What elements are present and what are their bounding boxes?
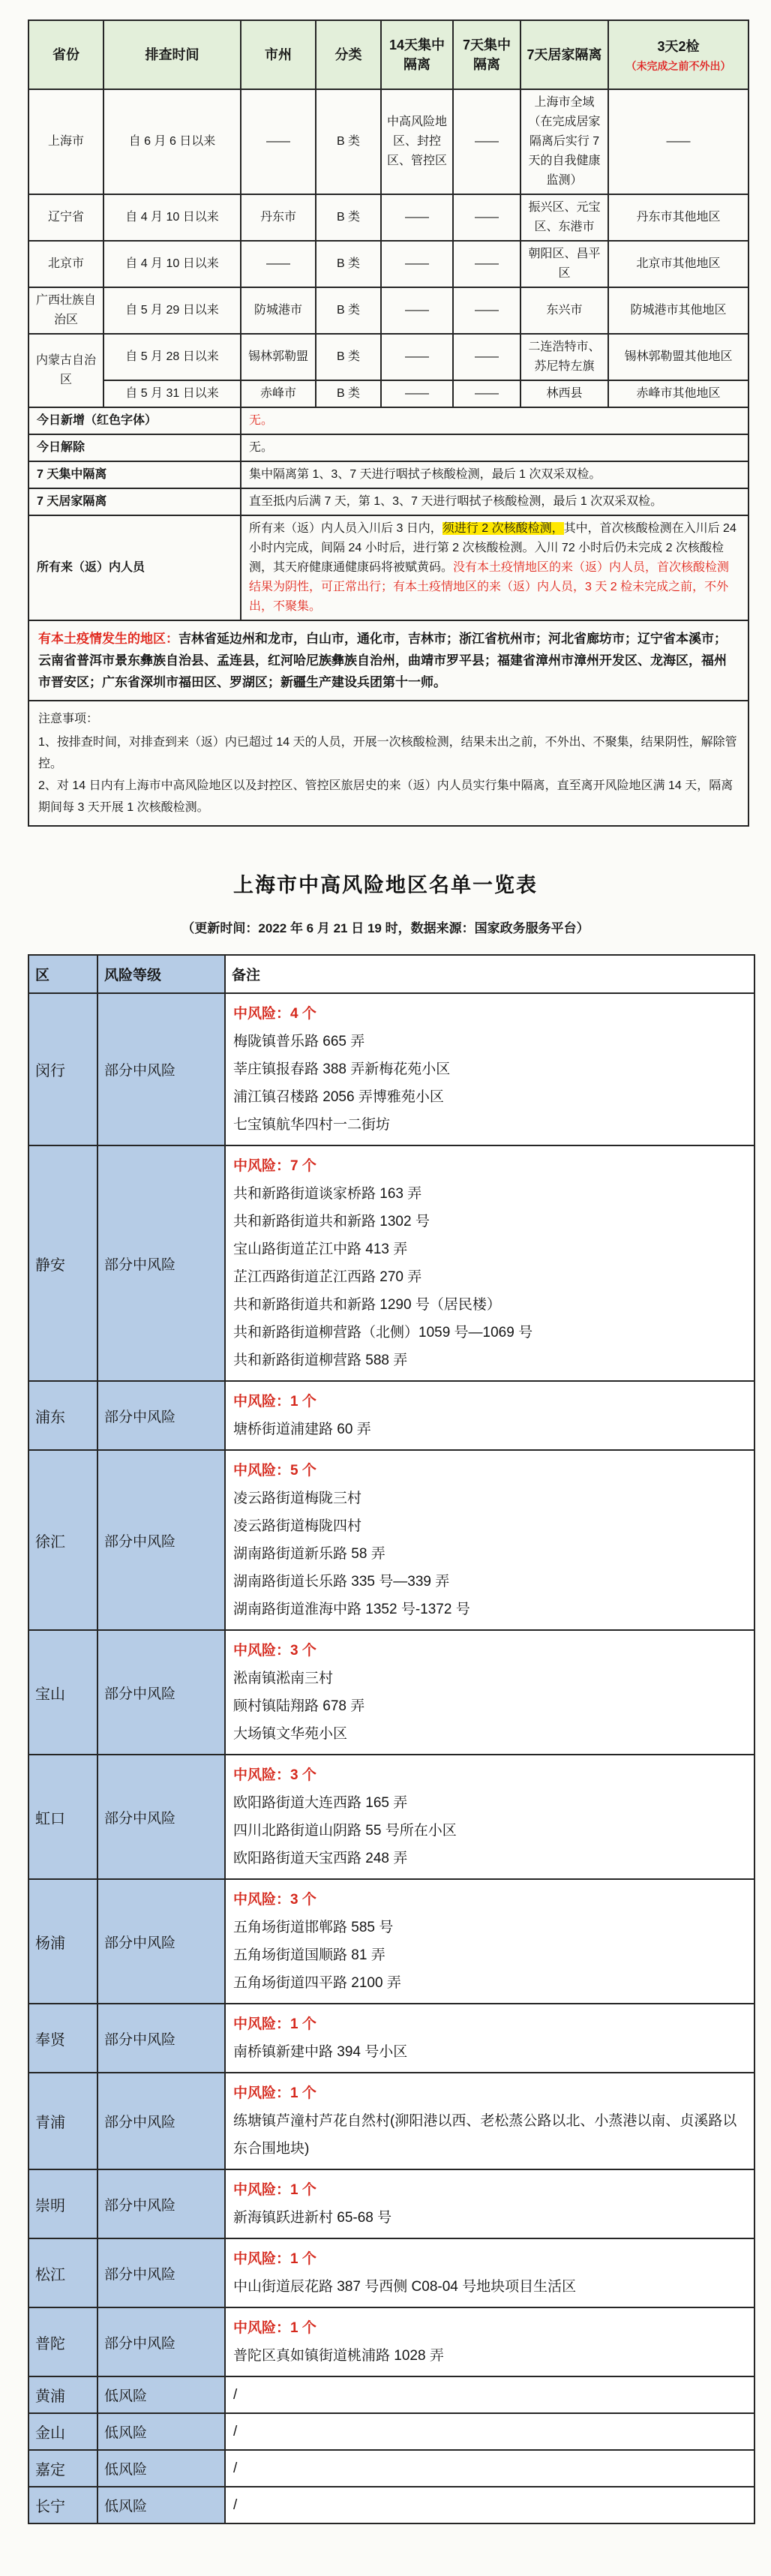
risk-table-row: 闵行部分中风险中风险：4 个梅陇镇普乐路 665 弄莘庄镇报春路 388 弄新梅…	[28, 993, 754, 1145]
policy-value: 无。	[241, 407, 748, 434]
risk-area-item: 新海镇跃进新村 65-68 号	[233, 2204, 748, 2232]
risk-level: 部分中风险	[97, 2307, 225, 2376]
risk-area-item: 宝山路街道芷江中路 413 弄	[233, 1235, 748, 1263]
check-time-cell: 自 6 月 6 日以来	[103, 89, 241, 194]
risk-area-item: 南桥镇新建中路 394 号小区	[233, 2038, 748, 2066]
h7-cell: 朝阳区、昌平区	[520, 241, 608, 287]
district-name: 宝山	[28, 1630, 97, 1755]
remark-cell: 中风险：1 个普陀区真如镇街道桃浦路 1028 弄	[225, 2307, 754, 2376]
risk-area-item: 湖南路街道淮海中路 1352 号-1372 号	[233, 1596, 748, 1623]
risk-area-item: 四川北路街道山阴路 55 号所在小区	[233, 1817, 748, 1845]
col-header-3d2t-title: 3天2检	[657, 39, 699, 54]
province-row: 辽宁省 自 4 月 10 日以来 丹东市 B 类 —— —— 振兴区、元宝区、东…	[28, 194, 748, 241]
risk-table-row: 松江部分中风险中风险：1 个中山街道辰花路 387 号西侧 C08-04 号地块…	[28, 2238, 754, 2307]
check-time-cell: 自 5 月 31 日以来	[103, 380, 241, 407]
c7-cell: ——	[453, 287, 520, 334]
c14-cell: ——	[381, 334, 453, 380]
province-row: 北京市 自 4 月 10 日以来 —— B 类 —— —— 朝阳区、昌平区 北京…	[28, 241, 748, 287]
district-name: 松江	[28, 2238, 97, 2307]
header-row: 省份 排查时间 市州 分类 14天集中隔离 7天集中隔离 7天居家隔离 3天2检…	[28, 20, 748, 89]
risk-area-item: 七宝镇航华四村一二街坊	[233, 1111, 748, 1139]
c14-cell: ——	[381, 194, 453, 241]
risk-table-row: 宝山部分中风险中风险：3 个淞南镇淞南三村顾村镇陆翔路 678 弄大场镇文华苑小…	[28, 1630, 754, 1755]
check-time-cell: 自 4 月 10 日以来	[103, 241, 241, 287]
col-header-3d2t-note: （未完成之前不外出）	[613, 59, 743, 74]
risk-count-label: 中风险：4 个	[233, 1000, 748, 1028]
arrivals-label: 所有来（返）内人员	[28, 515, 241, 620]
city-cell: 防城港市	[241, 287, 316, 334]
check-time-cell: 自 5 月 29 日以来	[103, 287, 241, 334]
t3d2-cell: 赤峰市其他地区	[608, 380, 748, 407]
risk-count-label: 中风险：1 个	[233, 2176, 748, 2204]
risk-area-item: 淞南镇淞南三村	[233, 1665, 748, 1692]
risk-table-row: 徐汇部分中风险中风险：5 个凌云路街道梅陇三村凌云路街道梅陇四村湖南路街道新乐路…	[28, 1450, 754, 1630]
risk-area-item: 共和新路街道柳营路（北侧）1059 号—1069 号	[233, 1319, 748, 1347]
check-time-cell: 自 5 月 28 日以来	[103, 334, 241, 380]
policy-row: 今日解除 无。	[28, 434, 748, 461]
notes-heading: 注意事项：	[38, 708, 739, 730]
t3d2-cell: 丹东市其他地区	[608, 194, 748, 241]
risk-level: 低风险	[97, 2413, 225, 2450]
risk-list-subtitle: （更新时间：2022 年 6 月 21 日 19 时，数据来源：国家政务服务平台…	[0, 917, 771, 936]
remark-cell: 中风险：1 个中山街道辰花路 387 号西侧 C08-04 号地块项目生活区	[225, 2238, 754, 2307]
risk-area-item: 普陀区真如镇街道桃浦路 1028 弄	[233, 2342, 748, 2370]
notes-cell: 注意事项： 1、按排查时间，对排查到来（返）内已超过 14 天的人员，开展一次核…	[28, 701, 748, 826]
c14-cell: ——	[381, 287, 453, 334]
category-cell: B 类	[316, 89, 381, 194]
district-name: 徐汇	[28, 1450, 97, 1630]
risk-count-label: 中风险：3 个	[233, 1637, 748, 1665]
t3d2-cell: 防城港市其他地区	[608, 287, 748, 334]
district-name: 浦东	[28, 1381, 97, 1450]
h7-cell: 振兴区、元宝区、东港市	[520, 194, 608, 241]
risk-table-row: 黄浦低风险/	[28, 2376, 754, 2413]
risk-area-item: 浦江镇召楼路 2056 弄博雅苑小区	[233, 1083, 748, 1111]
risk-area-item: 练塘镇芦潼村芦花自然村(泖阳港以西、老松蒸公路以北、小蒸港以南、贞溪路以东合围地…	[233, 2107, 748, 2163]
remark-cell: 中风险：4 个梅陇镇普乐路 665 弄莘庄镇报春路 388 弄新梅花苑小区浦江镇…	[225, 993, 754, 1145]
risk-area-item: 湖南路街道新乐路 58 弄	[233, 1540, 748, 1568]
district-name: 普陀	[28, 2307, 97, 2376]
t3d2-cell: ——	[608, 89, 748, 194]
risk-area-item: 莘庄镇报春路 388 弄新梅花苑小区	[233, 1055, 748, 1083]
risk-count-label: 中风险：1 个	[233, 2314, 748, 2342]
remark-cell: 中风险：5 个凌云路街道梅陇三村凌云路街道梅陇四村湖南路街道新乐路 58 弄湖南…	[225, 1450, 754, 1630]
city-cell: 赤峰市	[241, 380, 316, 407]
risk-area-item: 共和新路街道谈家桥路 163 弄	[233, 1180, 748, 1208]
remark-cell: 中风险：3 个欧阳路街道大连西路 165 弄四川北路街道山阴路 55 号所在小区…	[225, 1755, 754, 1879]
c14-cell: 中高风险地区、封控区、管控区	[381, 89, 453, 194]
c7-cell: ——	[453, 334, 520, 380]
col-header-remark: 备注	[225, 955, 754, 993]
note-item: 1、按排查时间，对排查到来（返）内已超过 14 天的人员，开展一次核酸检测，结果…	[38, 731, 739, 775]
risk-level: 部分中风险	[97, 1755, 225, 1879]
remark-cell: 中风险：3 个淞南镇淞南三村顾村镇陆翔路 678 弄大场镇文华苑小区	[225, 1630, 754, 1755]
risk-area-item: 共和新路街道共和新路 1302 号	[233, 1208, 748, 1235]
risk-count-label: 中风险：3 个	[233, 1761, 748, 1789]
risk-level: 部分中风险	[97, 2238, 225, 2307]
col-header-14d: 14天集中隔离	[381, 20, 453, 89]
risk-area-item: 芷江西路街道芷江西路 270 弄	[233, 1263, 748, 1291]
risk-area-item: /	[233, 2491, 748, 2519]
h7-cell: 上海市全域（在完成居家隔离后实行 7 天的自我健康监测）	[520, 89, 608, 194]
arrivals-row: 所有来（返）内人员 所有来（返）内人员入川后 3 日内，须进行 2 次核酸检测，…	[28, 515, 748, 620]
risk-area-item: 五角场街道国顺路 81 弄	[233, 1941, 748, 1969]
remark-cell: /	[225, 2413, 754, 2450]
t3d2-cell: 北京市其他地区	[608, 241, 748, 287]
policy-row: 7 天居家隔离 直至抵内后满 7 天，第 1、3、7 天进行咽拭子核酸检测，最后…	[28, 488, 748, 515]
remark-cell: /	[225, 2376, 754, 2413]
district-name: 奉贤	[28, 2004, 97, 2073]
district-name: 青浦	[28, 2073, 97, 2169]
c7-cell: ——	[453, 241, 520, 287]
risk-level: 部分中风险	[97, 993, 225, 1145]
risk-level: 低风险	[97, 2487, 225, 2523]
province-row: 自 5 月 31 日以来 赤峰市 B 类 —— —— 林西县 赤峰市其他地区	[28, 380, 748, 407]
col-header-7d-central: 7天集中隔离	[453, 20, 520, 89]
risk-table-row: 奉贤部分中风险中风险：1 个南桥镇新建中路 394 号小区	[28, 2004, 754, 2073]
risk-area-item: 中山街道辰花路 387 号西侧 C08-04 号地块项目生活区	[233, 2273, 748, 2301]
district-name: 嘉定	[28, 2450, 97, 2487]
category-cell: B 类	[316, 334, 381, 380]
remark-cell: 中风险：1 个练塘镇芦潼村芦花自然村(泖阳港以西、老松蒸公路以北、小蒸港以南、贞…	[225, 2073, 754, 2169]
city-cell: 锡林郭勒盟	[241, 334, 316, 380]
c7-cell: ——	[453, 194, 520, 241]
risk-area-item: 凌云路街道梅陇四村	[233, 1512, 748, 1540]
province-row: 广西壮族自治区 自 5 月 29 日以来 防城港市 B 类 —— —— 东兴市 …	[28, 287, 748, 334]
city-cell: ——	[241, 241, 316, 287]
province-row: 内蒙古自治区 自 5 月 28 日以来 锡林郭勒盟 B 类 —— —— 二连浩特…	[28, 334, 748, 380]
h7-cell: 林西县	[520, 380, 608, 407]
district-name: 金山	[28, 2413, 97, 2450]
category-cell: B 类	[316, 194, 381, 241]
risk-area-item: 湖南路街道长乐路 335 号—339 弄	[233, 1568, 748, 1596]
risk-area-item: 五角场街道四平路 2100 弄	[233, 1969, 748, 1997]
notes-row: 注意事项： 1、按排查时间，对排查到来（返）内已超过 14 天的人员，开展一次核…	[28, 701, 748, 826]
remark-cell: 中风险：7 个共和新路街道谈家桥路 163 弄共和新路街道共和新路 1302 号…	[225, 1145, 754, 1381]
col-header-check-time: 排查时间	[103, 20, 241, 89]
district-name: 静安	[28, 1145, 97, 1381]
province-cell: 辽宁省	[28, 194, 103, 241]
risk-table-row: 长宁低风险/	[28, 2487, 754, 2523]
risk-area-item: 五角场街道邯郸路 585 号	[233, 1914, 748, 1941]
risk-level: 部分中风险	[97, 1381, 225, 1450]
risk-count-label: 中风险：7 个	[233, 1152, 748, 1180]
province-cell: 广西壮族自治区	[28, 287, 103, 334]
col-header-risk-level: 风险等级	[97, 955, 225, 993]
col-header-category: 分类	[316, 20, 381, 89]
risk-level: 部分中风险	[97, 1630, 225, 1755]
remark-cell: 中风险：1 个新海镇跃进新村 65-68 号	[225, 2169, 754, 2238]
remark-cell: /	[225, 2450, 754, 2487]
outbreak-areas-cell: 有本土疫情发生的地区：吉林省延边州和龙市，白山市，通化市，吉林市；浙江省杭州市；…	[28, 620, 748, 701]
risk-area-item: 欧阳路街道大连西路 165 弄	[233, 1789, 748, 1817]
risk-table-body: 闵行部分中风险中风险：4 个梅陇镇普乐路 665 弄莘庄镇报春路 388 弄新梅…	[28, 993, 754, 2523]
risk-table-row: 杨浦部分中风险中风险：3 个五角场街道邯郸路 585 号五角场街道国顺路 81 …	[28, 1879, 754, 2004]
col-header-district: 区	[28, 955, 97, 993]
category-cell: B 类	[316, 287, 381, 334]
policy-label: 今日解除	[28, 434, 241, 461]
risk-header-row: 区 风险等级 备注	[28, 955, 754, 993]
category-cell: B 类	[316, 380, 381, 407]
note-item: 2、对 14 日内有上海市中高风险地区以及封控区、管控区旅居史的来（返）内人员实…	[38, 775, 739, 818]
province-row: 上海市 自 6 月 6 日以来 —— B 类 中高风险地区、封控区、管控区 ——…	[28, 89, 748, 194]
arrivals-value: 所有来（返）内人员入川后 3 日内，须进行 2 次核酸检测，其中，首次核酸检测在…	[241, 515, 748, 620]
risk-count-label: 中风险：1 个	[233, 2010, 748, 2038]
risk-level: 低风险	[97, 2376, 225, 2413]
policy-label: 7 天居家隔离	[28, 488, 241, 515]
remark-cell: 中风险：3 个五角场街道邯郸路 585 号五角场街道国顺路 81 弄五角场街道四…	[225, 1879, 754, 2004]
risk-level: 部分中风险	[97, 1145, 225, 1381]
risk-table-row: 普陀部分中风险中风险：1 个普陀区真如镇街道桃浦路 1028 弄	[28, 2307, 754, 2376]
risk-area-item: 梅陇镇普乐路 665 弄	[233, 1028, 748, 1055]
risk-level: 部分中风险	[97, 1450, 225, 1630]
risk-table-row: 青浦部分中风险中风险：1 个练塘镇芦潼村芦花自然村(泖阳港以西、老松蒸公路以北、…	[28, 2073, 754, 2169]
risk-level: 部分中风险	[97, 2073, 225, 2169]
risk-list-title: 上海市中高风险地区名单一览表	[0, 869, 771, 898]
district-name: 闵行	[28, 993, 97, 1145]
risk-area-item: 共和新路街道共和新路 1290 号（居民楼）	[233, 1291, 748, 1319]
t3d2-cell: 锡林郭勒盟其他地区	[608, 334, 748, 380]
district-name: 黄浦	[28, 2376, 97, 2413]
risk-count-label: 中风险：5 个	[233, 1457, 748, 1485]
policy-value: 集中隔离第 1、3、7 天进行咽拭子核酸检测，最后 1 次双采双检。	[241, 461, 748, 488]
arrivals-text: 所有来（返）内人员入川后 3 日内，	[249, 522, 442, 535]
policy-label: 7 天集中隔离	[28, 461, 241, 488]
district-name: 虹口	[28, 1755, 97, 1879]
c14-cell: ——	[381, 241, 453, 287]
remark-cell: 中风险：1 个南桥镇新建中路 394 号小区	[225, 2004, 754, 2073]
district-name: 崇明	[28, 2169, 97, 2238]
c7-cell: ——	[453, 380, 520, 407]
policy-row: 今日新增（红色字体） 无。	[28, 407, 748, 434]
risk-area-table: 区 风险等级 备注 闵行部分中风险中风险：4 个梅陇镇普乐路 665 弄莘庄镇报…	[28, 954, 755, 2524]
col-header-3d2t: 3天2检 （未完成之前不外出）	[608, 20, 748, 89]
risk-count-label: 中风险：1 个	[233, 2079, 748, 2107]
policy-value: 直至抵内后满 7 天，第 1、3、7 天进行咽拭子核酸检测，最后 1 次双采双检…	[241, 488, 748, 515]
risk-table-row: 金山低风险/	[28, 2413, 754, 2450]
risk-count-label: 中风险：3 个	[233, 1886, 748, 1914]
remark-cell: /	[225, 2487, 754, 2523]
policy-row: 7 天集中隔离 集中隔离第 1、3、7 天进行咽拭子核酸检测，最后 1 次双采双…	[28, 461, 748, 488]
check-time-cell: 自 4 月 10 日以来	[103, 194, 241, 241]
risk-table-row: 静安部分中风险中风险：7 个共和新路街道谈家桥路 163 弄共和新路街道共和新路…	[28, 1145, 754, 1381]
quarantine-policy-table: 省份 排查时间 市州 分类 14天集中隔离 7天集中隔离 7天居家隔离 3天2检…	[28, 20, 749, 827]
document-page: 省份 排查时间 市州 分类 14天集中隔离 7天集中隔离 7天居家隔离 3天2检…	[0, 0, 771, 2576]
risk-level: 部分中风险	[97, 2004, 225, 2073]
arrivals-highlighted-text: 须进行 2 次核酸检测，	[442, 522, 564, 535]
risk-table-row: 嘉定低风险/	[28, 2450, 754, 2487]
risk-table-row: 崇明部分中风险中风险：1 个新海镇跃进新村 65-68 号	[28, 2169, 754, 2238]
risk-area-item: /	[233, 2418, 748, 2445]
risk-count-label: 中风险：1 个	[233, 2245, 748, 2273]
risk-area-item: 顾村镇陆翔路 678 弄	[233, 1692, 748, 1720]
risk-area-item: 塘桥街道浦建路 60 弄	[233, 1416, 748, 1443]
risk-area-item: 大场镇文华苑小区	[233, 1720, 748, 1748]
h7-cell: 东兴市	[520, 287, 608, 334]
col-header-province: 省份	[28, 20, 103, 89]
city-cell: 丹东市	[241, 194, 316, 241]
risk-level: 部分中风险	[97, 1879, 225, 2004]
risk-count-label: 中风险：1 个	[233, 1388, 748, 1416]
province-cell: 上海市	[28, 89, 103, 194]
risk-area-item: /	[233, 2381, 748, 2409]
district-name: 杨浦	[28, 1879, 97, 2004]
risk-area-item: /	[233, 2454, 748, 2482]
district-name: 长宁	[28, 2487, 97, 2523]
risk-area-item: 凌云路街道梅陇三村	[233, 1485, 748, 1512]
risk-area-item: 共和新路街道柳营路 588 弄	[233, 1347, 748, 1374]
city-cell: ——	[241, 89, 316, 194]
category-cell: B 类	[316, 241, 381, 287]
col-header-7d-home: 7天居家隔离	[520, 20, 608, 89]
risk-level: 低风险	[97, 2450, 225, 2487]
outbreak-areas-label: 有本土疫情发生的地区：	[38, 632, 178, 646]
col-header-city: 市州	[241, 20, 316, 89]
risk-table-row: 虹口部分中风险中风险：3 个欧阳路街道大连西路 165 弄四川北路街道山阴路 5…	[28, 1755, 754, 1879]
policy-value: 无。	[241, 434, 748, 461]
risk-level: 部分中风险	[97, 2169, 225, 2238]
risk-table-row: 浦东部分中风险中风险：1 个塘桥街道浦建路 60 弄	[28, 1381, 754, 1450]
c14-cell: ——	[381, 380, 453, 407]
c7-cell: ——	[453, 89, 520, 194]
policy-label: 今日新增（红色字体）	[28, 407, 241, 434]
outbreak-areas-row: 有本土疫情发生的地区：吉林省延边州和龙市，白山市，通化市，吉林市；浙江省杭州市；…	[28, 620, 748, 701]
h7-cell: 二连浩特市、苏尼特左旗	[520, 334, 608, 380]
remark-cell: 中风险：1 个塘桥街道浦建路 60 弄	[225, 1381, 754, 1450]
risk-area-item: 欧阳路街道天宝西路 248 弄	[233, 1845, 748, 1872]
province-cell: 内蒙古自治区	[28, 334, 103, 407]
province-cell: 北京市	[28, 241, 103, 287]
